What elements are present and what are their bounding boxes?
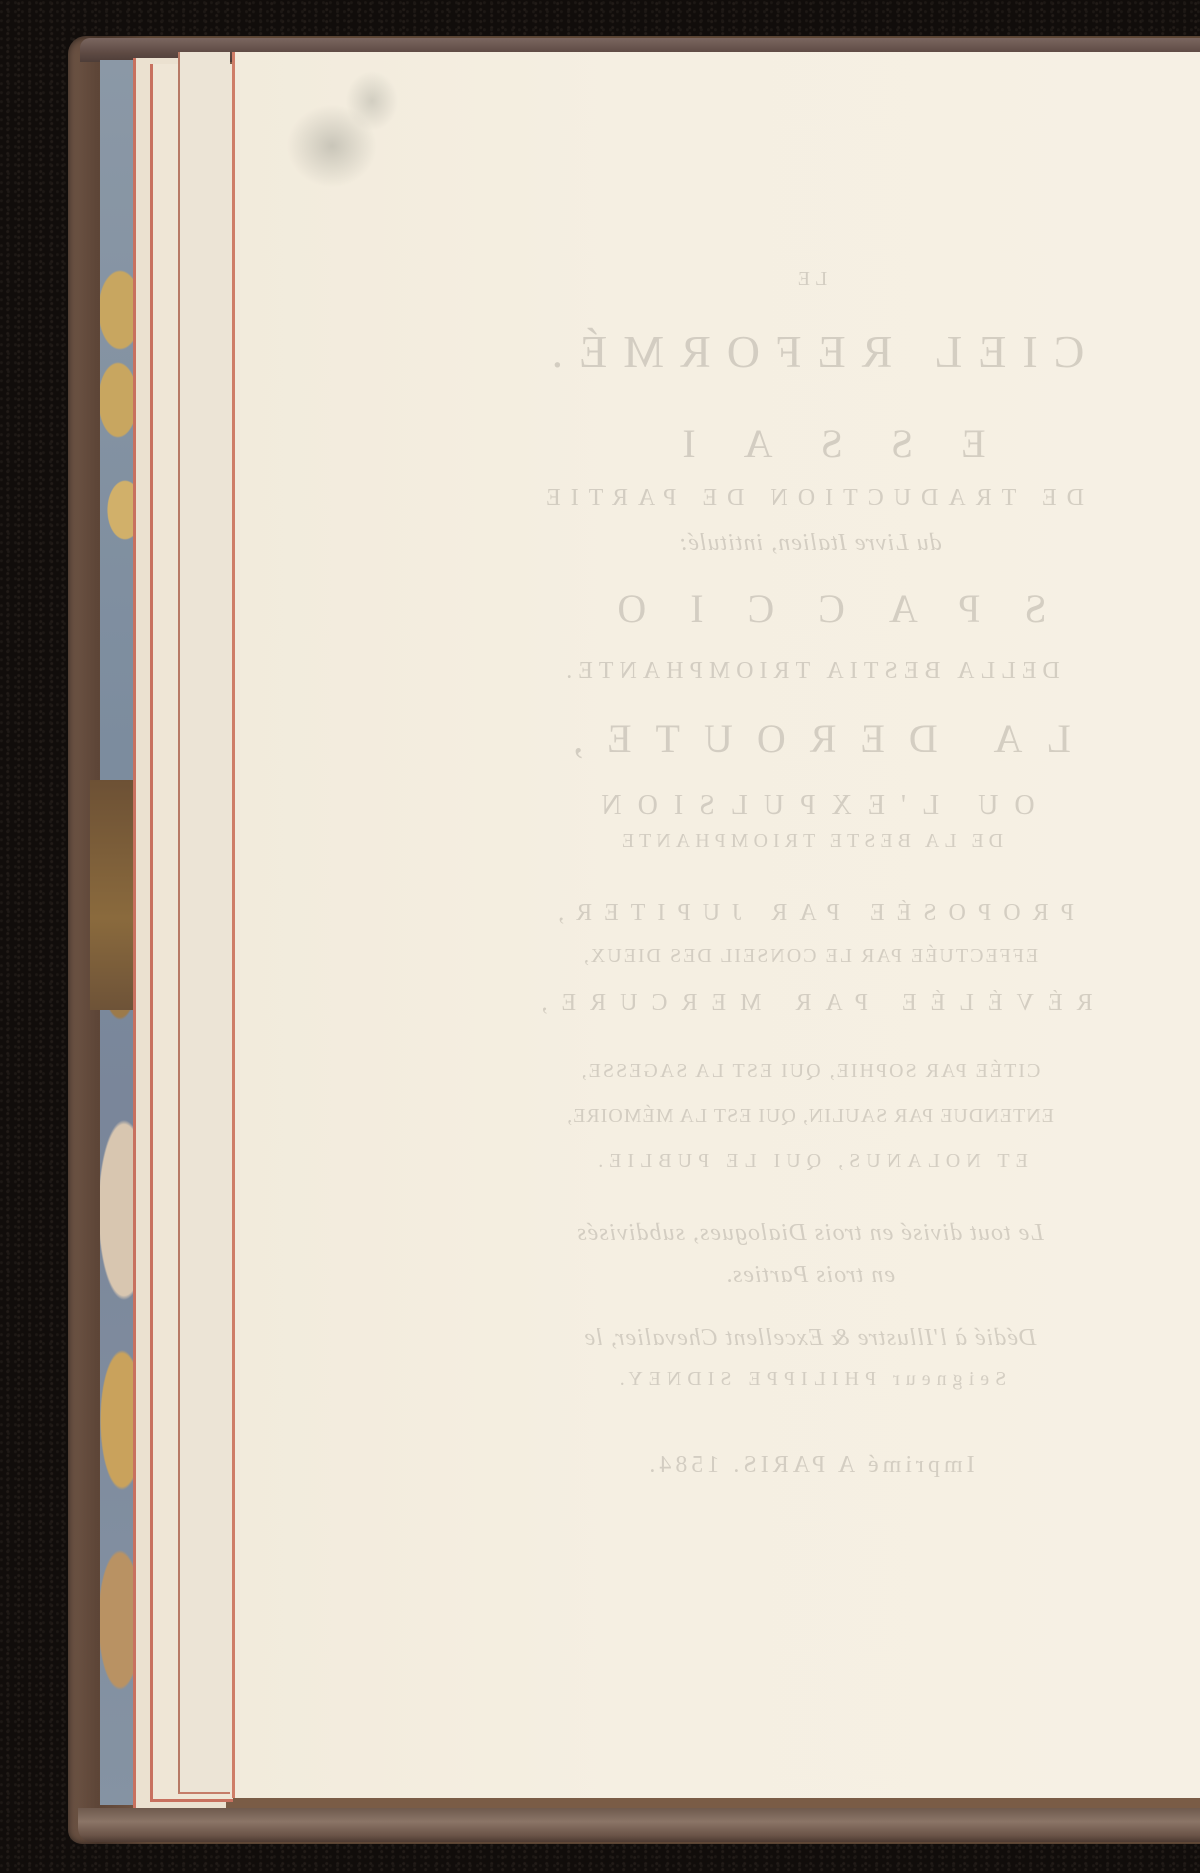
ghost-line: Le tout divisé en trois Dialogues, subdi…: [460, 1220, 1160, 1247]
ghost-line: DE TRADUCTION DE PARTIE: [460, 485, 1160, 512]
ghost-line: OU L'EXPULSION: [460, 790, 1160, 822]
page-leaf-edge-3: [178, 52, 230, 1794]
ghost-line: ET NOLANUS, QUI LE PUBLIE.: [460, 1150, 1160, 1173]
ghost-line: LA DEROUTE,: [460, 715, 1160, 762]
ghost-line: EFFECTUÉE PAR LE CONSEIL DES DIEUX,: [460, 945, 1160, 968]
ghost-line: DE LA BESTE TRIOMPHANTE: [460, 830, 1160, 853]
ghost-line-imprint: Imprimé A PARIS. 1584.: [460, 1452, 1160, 1479]
ghost-line: CITÉE PAR SOPHIE, QUI EST LA SAGESSE,: [460, 1060, 1160, 1083]
ghost-line: en trois Parties.: [460, 1262, 1160, 1289]
ghost-line-title: CIEL REFORMÉ.: [460, 325, 1160, 378]
ghost-line: DELLA BESTIA TRIOMPHANTE.: [460, 658, 1160, 685]
water-stain: [262, 56, 412, 216]
ghost-line: RÉVÉLÉE PAR MERCURE,: [460, 990, 1160, 1017]
ghost-line: ESSAI: [460, 420, 1160, 467]
ghost-line: LE: [460, 268, 1160, 291]
ghost-line: Dédié à l'Illustre & Excellent Chevalier…: [460, 1325, 1160, 1352]
ghost-line: SPACCIO: [460, 585, 1160, 632]
ghost-line: ENTENDUE PAR SAULIN, QUI EST LA MÉMOIRE,: [460, 1105, 1160, 1128]
ghost-line: Seigneur PHILIPPE SIDNEY.: [460, 1368, 1160, 1391]
ghost-line: PROPOSÉE PAR JUPITER,: [460, 900, 1160, 927]
cover-bottom-edge: [78, 1808, 1200, 1842]
ghost-line: du Livre Italien, intitulé:: [460, 530, 1160, 557]
